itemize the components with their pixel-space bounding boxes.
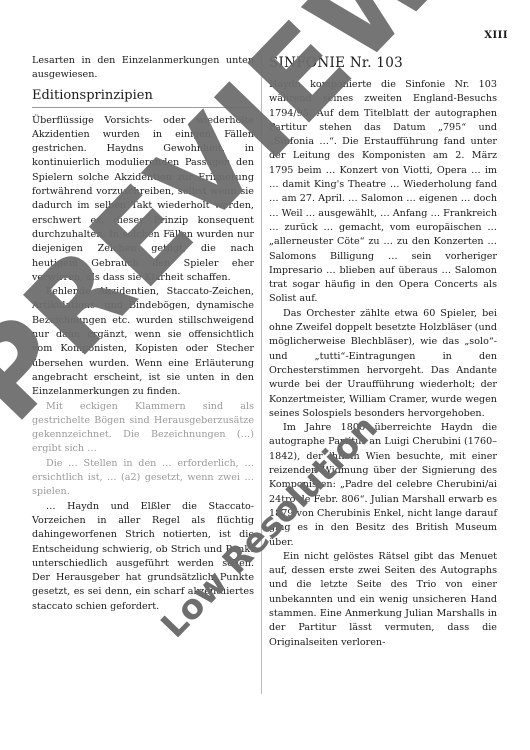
page-number: XIII [484, 30, 508, 41]
paragraph: Ein nicht gelöstes Rätsel gibt das Menue… [269, 550, 497, 650]
paragraph: Im Jahre 1806 überreichte Haydn die auto… [269, 421, 497, 550]
paragraph: Mit eckigen Klammern sind als gestrichel… [32, 400, 254, 457]
right-column: SINFONIE Nr. 103 Haydn komponierte die S… [269, 54, 497, 650]
paragraph: … Haydn und Elßler die Staccato-Vorzeich… [32, 500, 254, 614]
left-column: Lesarten in den Einzelanmerkungen unten … [32, 54, 254, 614]
section-title-sinfonie: SINFONIE Nr. 103 [269, 54, 497, 72]
paragraph: Überflüssige Vorsichts- oder wiederholte… [32, 114, 254, 286]
paragraph: Haydn komponierte die Sinfonie Nr. 103 w… [269, 78, 497, 307]
paragraph: Das Orchester zählte etwa 60 Spieler, be… [269, 307, 497, 421]
intro-text: Lesarten in den Einzelanmerkungen unten … [32, 54, 254, 83]
section-heading-editionsprinzipien: Editionsprinzipien [32, 87, 254, 108]
paragraph: Fehlende Akzidentien, Staccato-Zeichen, … [32, 285, 254, 399]
column-divider [261, 54, 262, 694]
paragraph: Die … Stellen in den … erforderlich, … e… [32, 457, 254, 500]
